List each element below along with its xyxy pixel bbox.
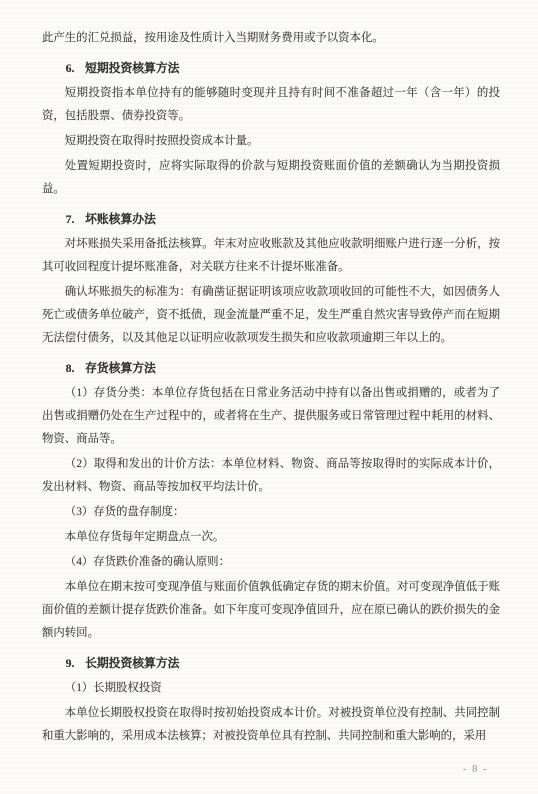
document-body: 此产生的汇兑损益，按用途及性质计入当期财务费用或予以资本化。 6.短期投资核算方… [42,27,500,748]
paragraph: 短期投资指本单位持有的能够随时变现并且持有时间不准备超过一年（含一年）的投资，包… [42,82,500,128]
section-title: 长期投资核算方法 [85,656,179,670]
section-number: 7. [66,212,75,226]
paragraph: 本单位存货每年定期盘点一次。 [42,526,500,549]
paragraph: 处置短期投资时，应将实际取得的价款与短期投资账面价值的差额确认为当期投资损益。 [42,155,500,201]
paragraph: （1）长期股权投资 [42,677,500,700]
section-heading: 8.存货核算方法 [42,357,500,380]
paragraph: 对坏账损失采用备抵法核算。年末对应收账款及其他应收款明细账户进行逐一分析，按其可… [42,233,500,279]
section-number: 9. [66,656,75,670]
document-page: 此产生的汇兑损益，按用途及性质计入当期财务费用或予以资本化。 6.短期投资核算方… [0,0,538,794]
section-heading: 6.短期投资核算方法 [42,57,500,80]
section-title: 短期投资核算方法 [85,61,179,75]
section-number: 8. [66,361,75,375]
section-heading: 9.长期投资核算方法 [42,652,500,675]
section-number: 6. [66,61,75,75]
page-number: - 8 - [463,764,488,775]
paragraph: （2）取得和发出的计价方法：本单位材料、物资、商品等按取得时的实际成本计价，发出… [42,453,500,499]
section-heading: 7.坏账核算办法 [42,208,500,231]
paragraph: 本单位长期股权投资在取得时按初始投资成本计价。对被投资单位没有控制、共同控制和重… [42,702,500,748]
section-title: 存货核算方法 [85,361,156,375]
paragraph: 此产生的汇兑损益，按用途及性质计入当期财务费用或予以资本化。 [42,27,500,50]
section-title: 坏账核算办法 [85,212,156,226]
paragraph: 本单位在期末按可变现净值与账面价值孰低确定存货的期末价值。对可变现净值低于账面价… [42,576,500,645]
paragraph: 短期投资在取得时按照投资成本计量。 [42,130,500,153]
paragraph: 确认坏账损失的标准为：有确凿证据证明该项应收款项收回的可能性不大，如因债务人死亡… [42,281,500,350]
paragraph: （3）存货的盘存制度： [42,501,500,524]
paragraph: （1）存货分类：本单位存货包括在日常业务活动中持有以备出售或捐赠的，或者为了出售… [42,382,500,451]
paragraph: （4）存货跌价准备的确认原则： [42,551,500,574]
